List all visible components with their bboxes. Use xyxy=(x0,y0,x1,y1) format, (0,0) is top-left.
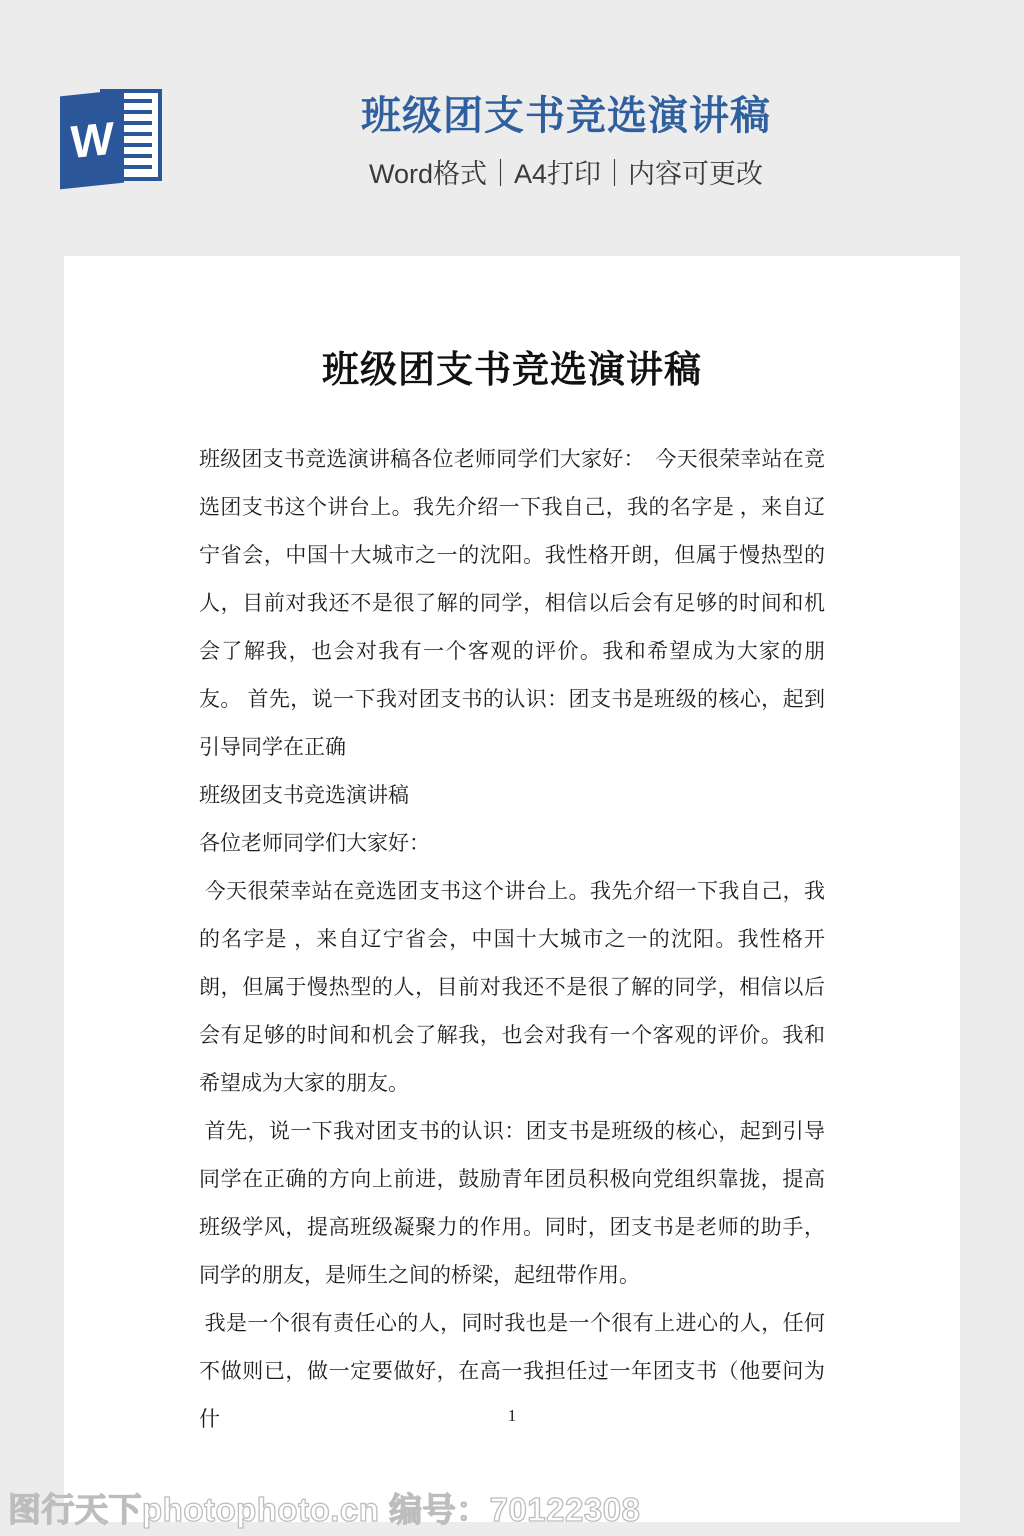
template-title: 班级团支书竞选演讲稿 xyxy=(170,92,962,140)
doc-paragraph: 首先，说一下我对团支书的认识：团支书是班级的核心，起到引导同学在正确的方向上前进… xyxy=(199,1107,825,1299)
site-watermark: 图行天下photophoto.cn 编号：70122308 xyxy=(8,1484,640,1531)
header-text: 班级团支书竞选演讲稿 Word格式｜A4打印｜内容可更改 xyxy=(170,92,962,191)
doc-paragraph: 今天很荣幸站在竞选团支书这个讲台上。我先介绍一下我自己，我的名字是 ，来自辽宁省… xyxy=(199,867,825,1107)
doc-paragraph: 班级团支书竞选演讲稿各位老师同学们大家好： 今天很荣幸站在竞选团支书这个讲台上。… xyxy=(199,435,825,771)
header: W 班级团支书竞选演讲稿 Word格式｜A4打印｜内容可更改 xyxy=(0,0,1024,255)
word-logo-w-panel: W xyxy=(60,90,124,190)
page-number: 1 xyxy=(64,1406,960,1426)
word-logo-letter: W xyxy=(70,114,113,165)
document-page: 班级团支书竞选演讲稿 班级团支书竞选演讲稿各位老师同学们大家好： 今天很荣幸站在… xyxy=(64,256,960,1522)
doc-paragraph: 班级团支书竞选演讲稿 xyxy=(199,771,825,819)
document-title: 班级团支书竞选演讲稿 xyxy=(64,256,960,389)
word-logo-icon: W xyxy=(60,84,166,192)
template-subtitle: Word格式｜A4打印｜内容可更改 xyxy=(170,152,962,191)
doc-paragraph: 各位老师同学们大家好： xyxy=(199,819,825,867)
document-body: 班级团支书竞选演讲稿各位老师同学们大家好： 今天很荣幸站在竞选团支书这个讲台上。… xyxy=(199,435,825,1443)
template-preview-screen: W 班级团支书竞选演讲稿 Word格式｜A4打印｜内容可更改 班级团支书竞选演讲… xyxy=(0,0,1024,1536)
